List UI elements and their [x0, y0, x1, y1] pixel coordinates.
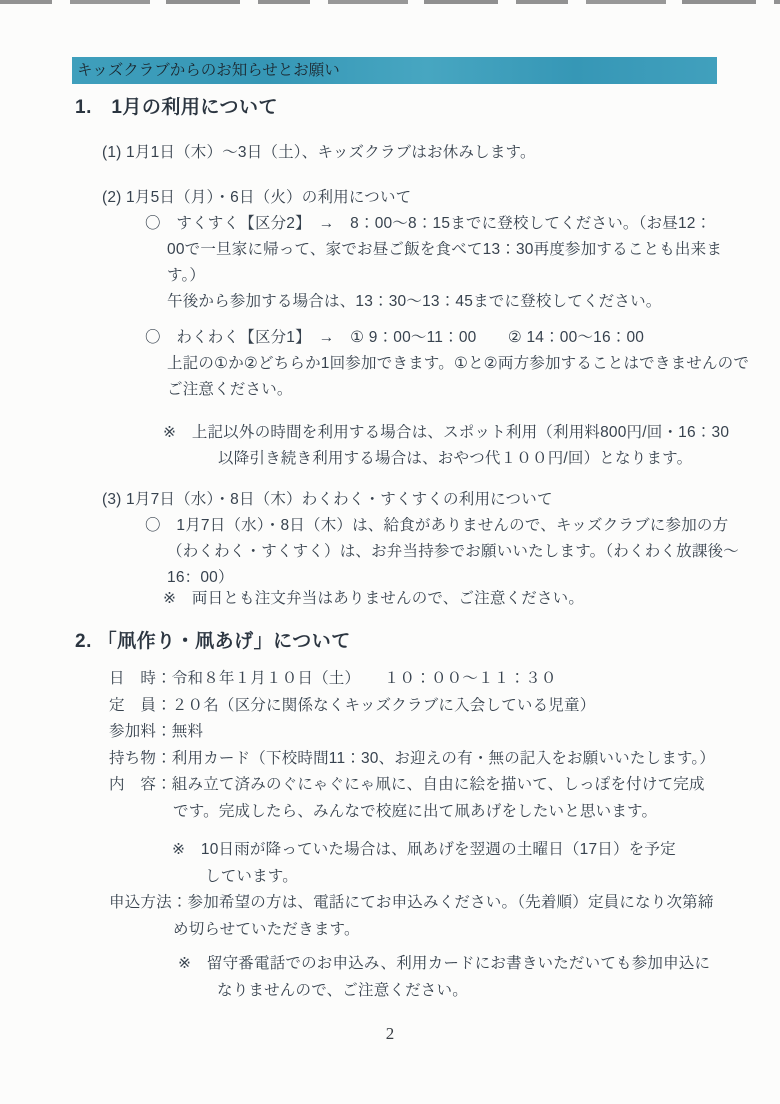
note-phone-line2: なりませんので、ご注意ください。 — [217, 978, 780, 1005]
note-rain-line1: ※ 10日雨が降っていた場合は、凧あげを翌週の土曜日（17日）を予定 — [172, 837, 780, 864]
field-fee: 参加料：無料 — [109, 719, 780, 746]
bullet-wakuwaku-line1: 〇 わくわく【区分1】 → ① 9：00～11：00 ② 14：00～16：00 — [145, 325, 780, 351]
bullet-jan78-line1: 〇 1月7日（水）・8日（木）は、給食がありませんので、キッズクラブに参加の方 — [145, 513, 780, 539]
field-apply-line1: 申込方法：参加希望の方は、電話にてお申込みください。（先着順）定員になり次第締 — [109, 890, 780, 917]
note-rain-line2: しています。 — [205, 864, 780, 891]
bullet-jan78-line2: （わくわく・すくすく）は、お弁当持参でお願いいたします。（わくわく放課後～ — [167, 539, 780, 565]
bullet-sukusuku-line3: す。） — [167, 263, 780, 289]
field-datetime: 日 時：令和８年１月１０日（土） １０：００～１１：３０ — [109, 666, 780, 693]
bullet-wakuwaku-line3: ご注意ください。 — [167, 377, 780, 403]
section1-item2-intro: (2) 1月5日（月）・6日（火）の利用について — [102, 185, 780, 211]
note-bento: ※ 両日とも注文弁当はありませんので、ご注意ください。 — [163, 586, 780, 612]
field-content-line1: 内 容：組み立て済みのぐにゃぐにゃ凧に、自由に絵を描いて、しっぽを付けて完成 — [109, 772, 780, 799]
banner-title: キッズクラブからのお知らせとお願い — [77, 62, 340, 79]
field-items: 持ち物：利用カード（下校時間11：30、お迎えの有・無の記入をお願いいたします。… — [109, 746, 780, 773]
section2-heading: 2. 「凧作り・凧あげ」について — [75, 630, 780, 654]
field-content-line2: です。完成したら、みんなで校庭に出て凧あげをしたいと思います。 — [173, 799, 780, 826]
page-number: 2 — [0, 1024, 780, 1044]
note-spot-line2: 以降引き続き利用する場合は、おやつ代１００円/回）となります。 — [218, 446, 780, 472]
bullet-wakuwaku-line2: 上記の①か②どちらか1回参加できます。①と②両方参加することはできませんので — [167, 351, 780, 377]
scan-edge-artifact — [0, 0, 780, 4]
section2-body: 日 時：令和８年１月１０日（土） １０：００～１１：３０ 定 員：２０名（区分に… — [0, 666, 780, 1004]
bullet-sukusuku-line4: 午後から参加する場合は、13：30～13：45までに登校してください。 — [167, 289, 780, 315]
bullet-sukusuku-line1: 〇 すくすく【区分2】 → 8：00～8：15までに登校してください。（お昼12… — [145, 211, 780, 237]
notice-banner: キッズクラブからのお知らせとお願い — [72, 57, 717, 84]
field-apply-line2: め切らせていただきます。 — [173, 917, 780, 944]
scanned-notice-page: キッズクラブからのお知らせとお願い 1. 1月の利用について (1) 1月1日（… — [0, 0, 780, 1104]
bullet-sukusuku-line2: 00で一旦家に帰って、家でお昼ご飯を食べて13：30再度参加することも出来ま — [167, 237, 780, 263]
section1-heading: 1. 1月の利用について — [75, 96, 780, 120]
section1-item1: (1) 1月1日（木）～3日（土）、キッズクラブはお休みします。 — [102, 140, 780, 166]
note-phone-line1: ※ 留守番電話でのお申込み、利用カードにお書きいただいても参加申込に — [178, 951, 780, 978]
field-capacity: 定 員：２０名（区分に関係なくキッズクラブに入会している児童） — [109, 693, 780, 720]
section1-item3-intro: (3) 1月7日（水）・8日（木）わくわく・すくすくの利用について — [102, 487, 780, 513]
note-spot-line1: ※ 上記以外の時間を利用する場合は、スポット利用（利用料800円/回・16：30 — [163, 420, 780, 446]
